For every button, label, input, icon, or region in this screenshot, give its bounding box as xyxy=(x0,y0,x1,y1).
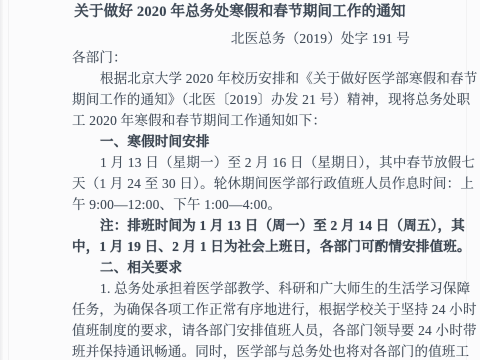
notice-title: 关于做好 2020 年总务处寒假和春节期间工作的通知 xyxy=(40,3,440,22)
body-line: 任务，为确保各项工作正常有序地进行，根据学校关于坚持 24 小时 xyxy=(72,300,416,319)
body-line: 工 2020 年寒假和春节期间工作通知如下： xyxy=(72,111,416,130)
body-line: 根据北京大学 2020 年校历安排和《关于做好医学部寒假和春节 xyxy=(72,69,416,88)
body-line: 值班制度的要求，请各部门安排值班人员，各部门领导要 24 小时带 xyxy=(72,321,416,340)
scan-edge-left xyxy=(0,0,3,360)
note-line: 注：排班时间为 1 月 13 日（周一）至 2 月 14 日（周五），其 xyxy=(72,216,416,235)
body-line: 班并保持通讯畅通。同时，医学部与总务处也将对各部门的值班工 xyxy=(72,342,416,360)
doc-number: 北医总务（2019）处字 191 号 xyxy=(72,29,416,48)
salutation: 各部门： xyxy=(72,48,416,67)
body-line: 天（1 月 24 至 30 日）。轮休期间医学部行政值班人员作息时间：上 xyxy=(72,174,416,193)
body-line: 1. 总务处承担着医学部教学、科研和广大师生的生活学习保障 xyxy=(72,279,416,298)
section-heading-2: 二、相关要求 xyxy=(72,258,416,277)
scanned-notice-page: 关于做好 2020 年总务处寒假和春节期间工作的通知 北医总务（2019）处字 … xyxy=(0,0,480,360)
note-line: 中，1 月 19 日、2 月 1 日为社会上班日，各部门可酌情安排值班。 xyxy=(72,237,416,256)
body-line: 期间工作的通知》（北医〔2019〕办发 21 号）精神，现将总务处职 xyxy=(72,90,416,109)
body-line: 午 9:00—12:00、下午 1:00—4:00。 xyxy=(72,195,416,214)
scan-edge-left-line xyxy=(8,0,9,360)
section-heading-1: 一、寒假时间安排 xyxy=(72,132,416,151)
body-line: 1 月 13 日（星期一）至 2 月 16 日（星期日），其中春节放假七 xyxy=(72,153,416,172)
